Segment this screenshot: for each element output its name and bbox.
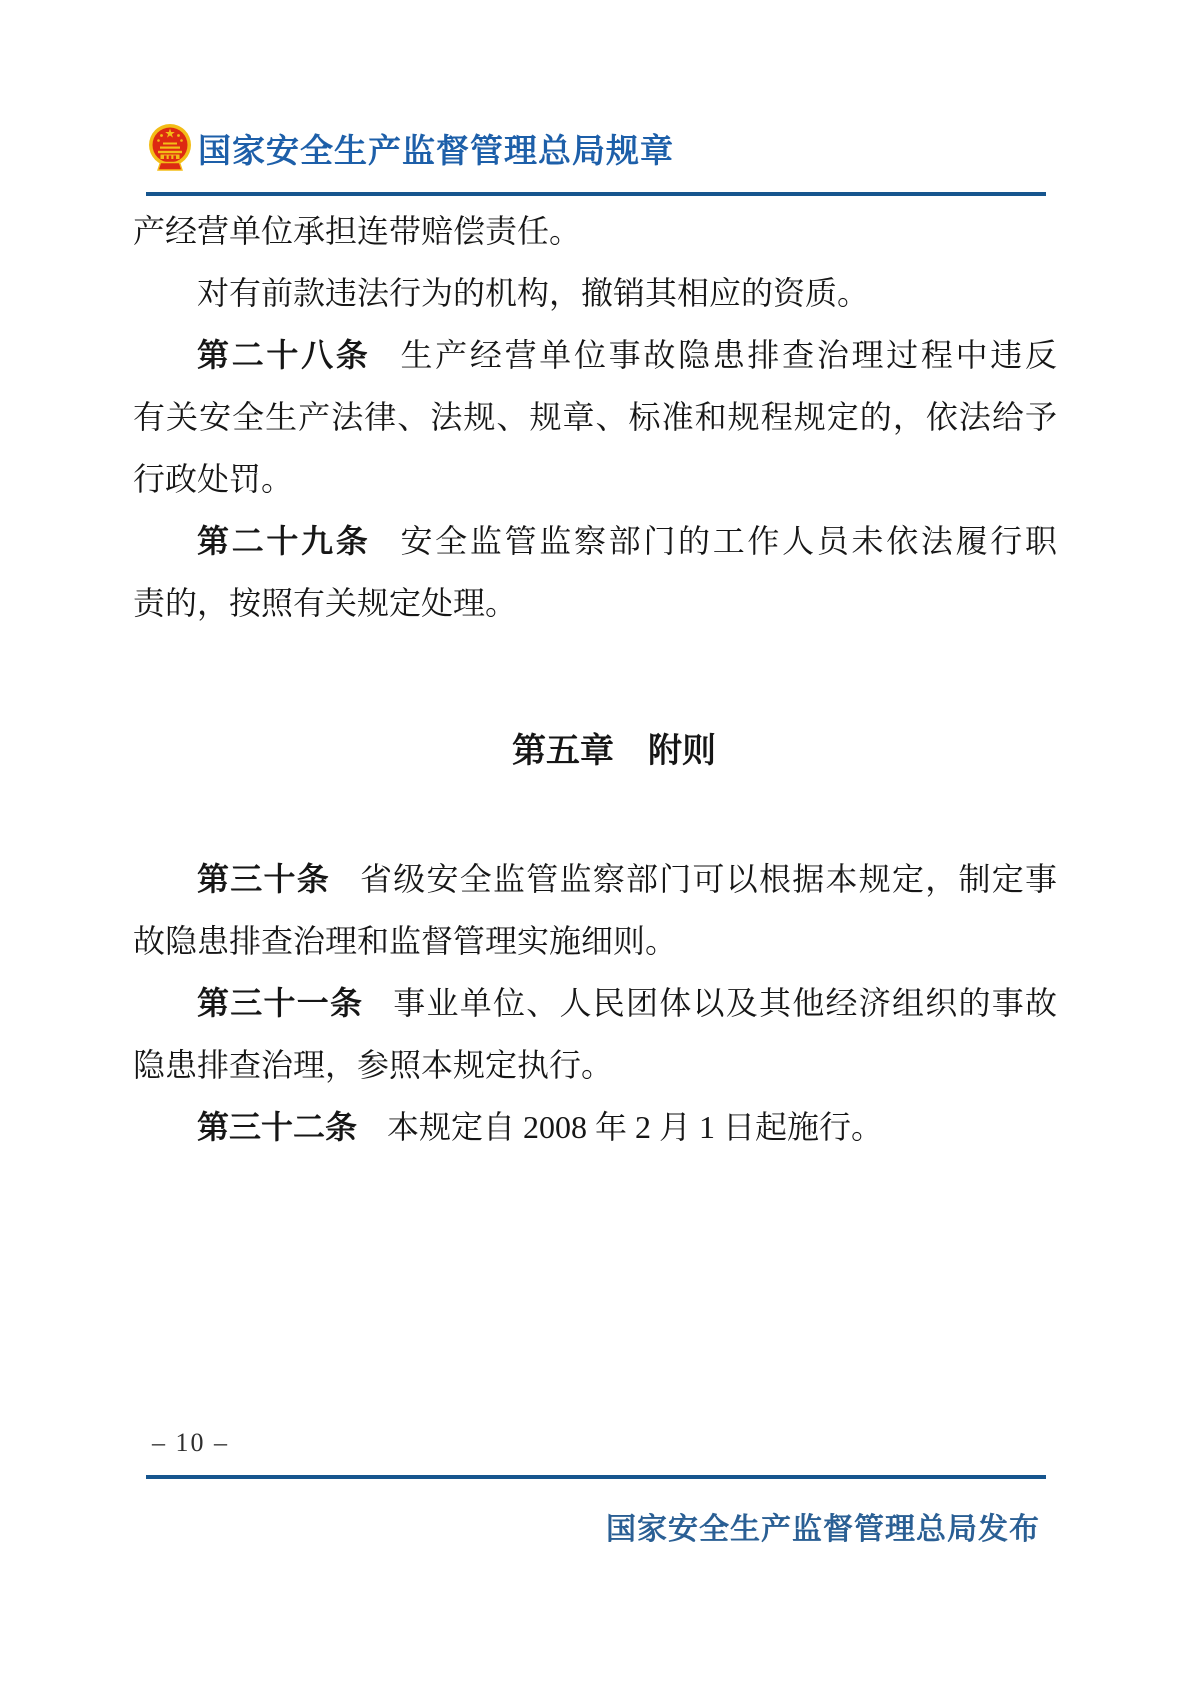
article-number: 第二十九条	[197, 523, 370, 559]
article-number: 第三十二条	[197, 1109, 357, 1145]
text-line: 行政处罚。	[133, 448, 1057, 510]
footer-divider	[146, 1475, 1046, 1479]
line-text: 行政处罚。	[133, 461, 293, 497]
line-text: 安全监管监察部门的工作人员未依法履行职	[400, 523, 1057, 559]
line-text: 生产经营单位事故隐患排查治理过程中违反	[400, 337, 1057, 373]
line-text: 故隐患排查治理和监督管理实施细则。	[133, 923, 677, 959]
text-line: 第二十八条生产经营单位事故隐患排查治理过程中违反	[133, 324, 1057, 386]
article-number: 第二十八条	[197, 337, 370, 373]
text-line: 责的，按照有关规定处理。	[133, 572, 1057, 634]
document-page: 国家安全生产监督管理总局规章 产经营单位承担连带赔偿责任。 对有前款违法行为的机…	[0, 0, 1190, 1683]
text-line: 第三十二条本规定自 2008 年 2 月 1 日起施行。	[133, 1096, 1057, 1158]
article-number: 第三十一条	[197, 985, 363, 1021]
line-text: 对有前款违法行为的机构，撤销其相应的资质。	[197, 275, 869, 311]
text-line: 故隐患排查治理和监督管理实施细则。	[133, 910, 1057, 972]
publisher: 国家安全生产监督管理总局发布	[146, 1504, 1040, 1548]
chapter-heading: 第五章 附则	[171, 729, 1057, 775]
text-line: 对有前款违法行为的机构，撤销其相应的资质。	[133, 262, 1057, 324]
national-emblem-icon	[148, 123, 192, 171]
line-text: 责的，按照有关规定处理。	[133, 585, 517, 621]
text-line: 第三十一条事业单位、人民团体以及其他经济组织的事故	[133, 972, 1057, 1034]
article-number: 第三十条	[197, 861, 330, 897]
text-line: 有关安全生产法律、法规、规章、标准和规程规定的，依法给予	[133, 386, 1057, 448]
header-title: 国家安全生产监督管理总局规章	[198, 125, 674, 172]
line-text: 事业单位、人民团体以及其他经济组织的事故	[393, 985, 1057, 1021]
line-text: 隐患排查治理，参照本规定执行。	[133, 1047, 613, 1083]
line-text: 本规定自 2008 年 2 月 1 日起施行。	[387, 1109, 883, 1145]
document-body: 产经营单位承担连带赔偿责任。 对有前款违法行为的机构，撤销其相应的资质。 第二十…	[133, 190, 1057, 1158]
line-text: 产经营单位承担连带赔偿责任。	[133, 213, 581, 249]
page-number: – 10 –	[152, 1428, 229, 1458]
text-line: 产经营单位承担连带赔偿责任。	[133, 200, 1057, 262]
text-line: 隐患排查治理，参照本规定执行。	[133, 1034, 1057, 1096]
line-text: 省级安全监管监察部门可以根据本规定，制定事	[360, 861, 1057, 897]
text-line: 第三十条省级安全监管监察部门可以根据本规定，制定事	[133, 848, 1057, 910]
line-text: 有关安全生产法律、法规、规章、标准和规程规定的，依法给予	[133, 399, 1057, 435]
text-line: 第二十九条安全监管监察部门的工作人员未依法履行职	[133, 510, 1057, 572]
